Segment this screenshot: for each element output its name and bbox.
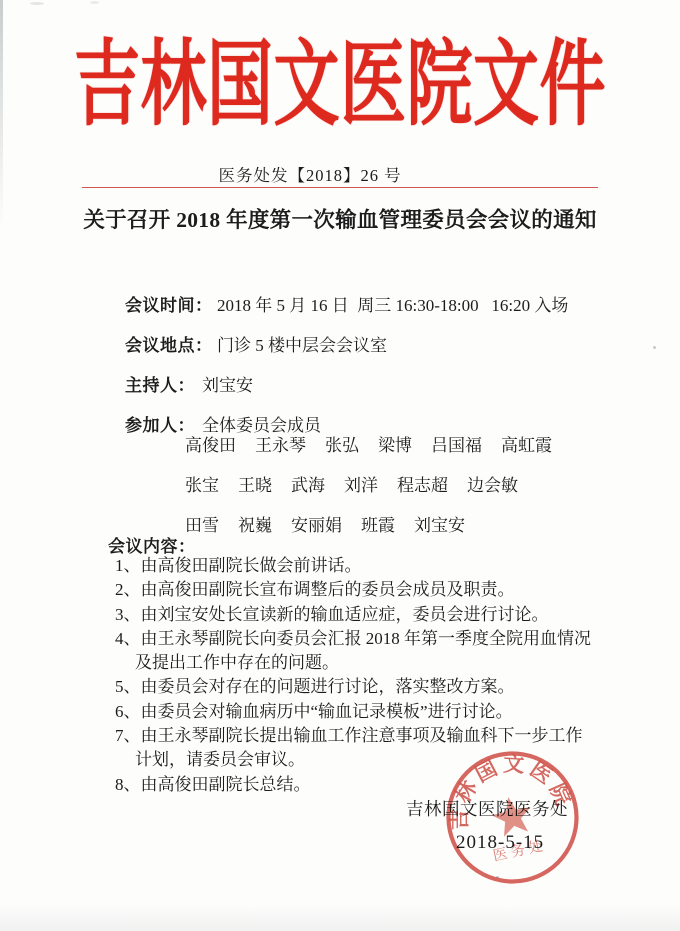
agenda-item-text: 由高俊田副院长做会前讲话。: [141, 556, 362, 575]
attendee-name: 高俊田: [185, 431, 236, 456]
agenda-item-number: 5、: [115, 677, 141, 696]
scan-speck: [90, 1, 99, 4]
agenda-item-text: 由高俊田副院长总结。: [141, 775, 311, 794]
agenda-item-2: 2、由高俊田副院长宣布调整后的委员会成员及职责。: [115, 578, 593, 602]
scan-speck: [30, 2, 44, 5]
attendee-name: 程志超: [397, 471, 448, 496]
scan-speck: [653, 346, 656, 349]
attendee-name: 祝巍: [238, 511, 272, 536]
attendee-name: 班霞: [361, 511, 395, 536]
agenda-item-4: 4、由王永琴副院长向委员会汇报 2018 年第一季度全院用血情况及提出工作中存在…: [115, 627, 593, 676]
attendee-name: 梁博: [378, 431, 412, 456]
agenda-item-number: 4、: [115, 629, 141, 648]
seal-star-icon: [489, 793, 536, 838]
agenda-item-number: 8、: [115, 775, 141, 794]
seal-bottom-text: 医务处: [491, 837, 547, 865]
red-divider-line: [82, 187, 598, 192]
agenda-item-5: 5、由委员会对存在的问题进行讨论，落实整改方案。: [115, 675, 593, 699]
agenda-item-number: 1、: [115, 556, 141, 575]
agenda-item-text: 由委员会对存在的问题进行讨论，落实整改方案。: [141, 677, 515, 696]
attendee-name: 武海: [291, 471, 325, 496]
attendee-name: 安丽娟: [291, 511, 342, 536]
attendee-name: 刘洋: [344, 471, 378, 496]
document-number: 医务处发【2018】26 号: [0, 162, 650, 186]
agenda-item-number: 2、: [115, 580, 141, 599]
attendee-name: 刘宝安: [414, 511, 465, 536]
agenda-item-number: 3、: [115, 605, 141, 624]
attendee-row-3: 田雪 祝巍 安丽娟 班霞 刘宝安: [185, 511, 465, 536]
attendee-name: 高虹霞: [501, 431, 552, 456]
attendee-row-1: 高俊田 王永琴 张弘 梁博 吕国福 高虹霞: [185, 431, 552, 456]
attendee-name: 吕国福: [431, 431, 482, 456]
agenda-item-text: 由王永琴副院长向委员会汇报 2018 年第一季度全院用血情况及提出工作中存在的问…: [135, 629, 591, 672]
attendee-name: 张宝: [185, 471, 219, 496]
scan-bottom-haze: [0, 905, 680, 931]
official-seal-stamp: 吉林国文医院 医务处: [440, 745, 585, 890]
attendee-name: 张弘: [325, 431, 359, 456]
attendee-name: 王永琴: [255, 431, 306, 456]
agenda-item-number: 6、: [115, 702, 141, 721]
agenda-item-number: 7、: [115, 726, 141, 745]
notice-title: 关于召开 2018 年度第一次输血管理委员会会议的通知: [0, 203, 680, 234]
agenda-item-6: 6、由委员会对输血病历中“输血记录模板”进行讨论。: [115, 700, 593, 724]
hospital-banner-title: 吉林国文医院文件: [0, 40, 680, 134]
document-page: 吉林国文医院文件 医务处发【2018】26 号 关于召开 2018 年度第一次输…: [0, 0, 680, 931]
agenda-item-text: 由委员会对输血病历中“输血记录模板”进行讨论。: [141, 702, 513, 721]
attendee-name: 王晓: [238, 471, 272, 496]
agenda-item-text: 由高俊田副院长宣布调整后的委员会成员及职责。: [141, 580, 515, 599]
agenda-item-1: 1、由高俊田副院长做会前讲话。: [115, 554, 593, 578]
agenda-item-3: 3、由刘宝安处长宣读新的输血适应症，委员会进行讨论。: [115, 603, 593, 627]
attendee-name: 边会敏: [467, 471, 518, 496]
attendee-row-2: 张宝 王晓 武海 刘洋 程志超 边会敏: [185, 471, 518, 496]
agenda-item-text: 由刘宝安处长宣读新的输血适应症，委员会进行讨论。: [141, 605, 549, 624]
